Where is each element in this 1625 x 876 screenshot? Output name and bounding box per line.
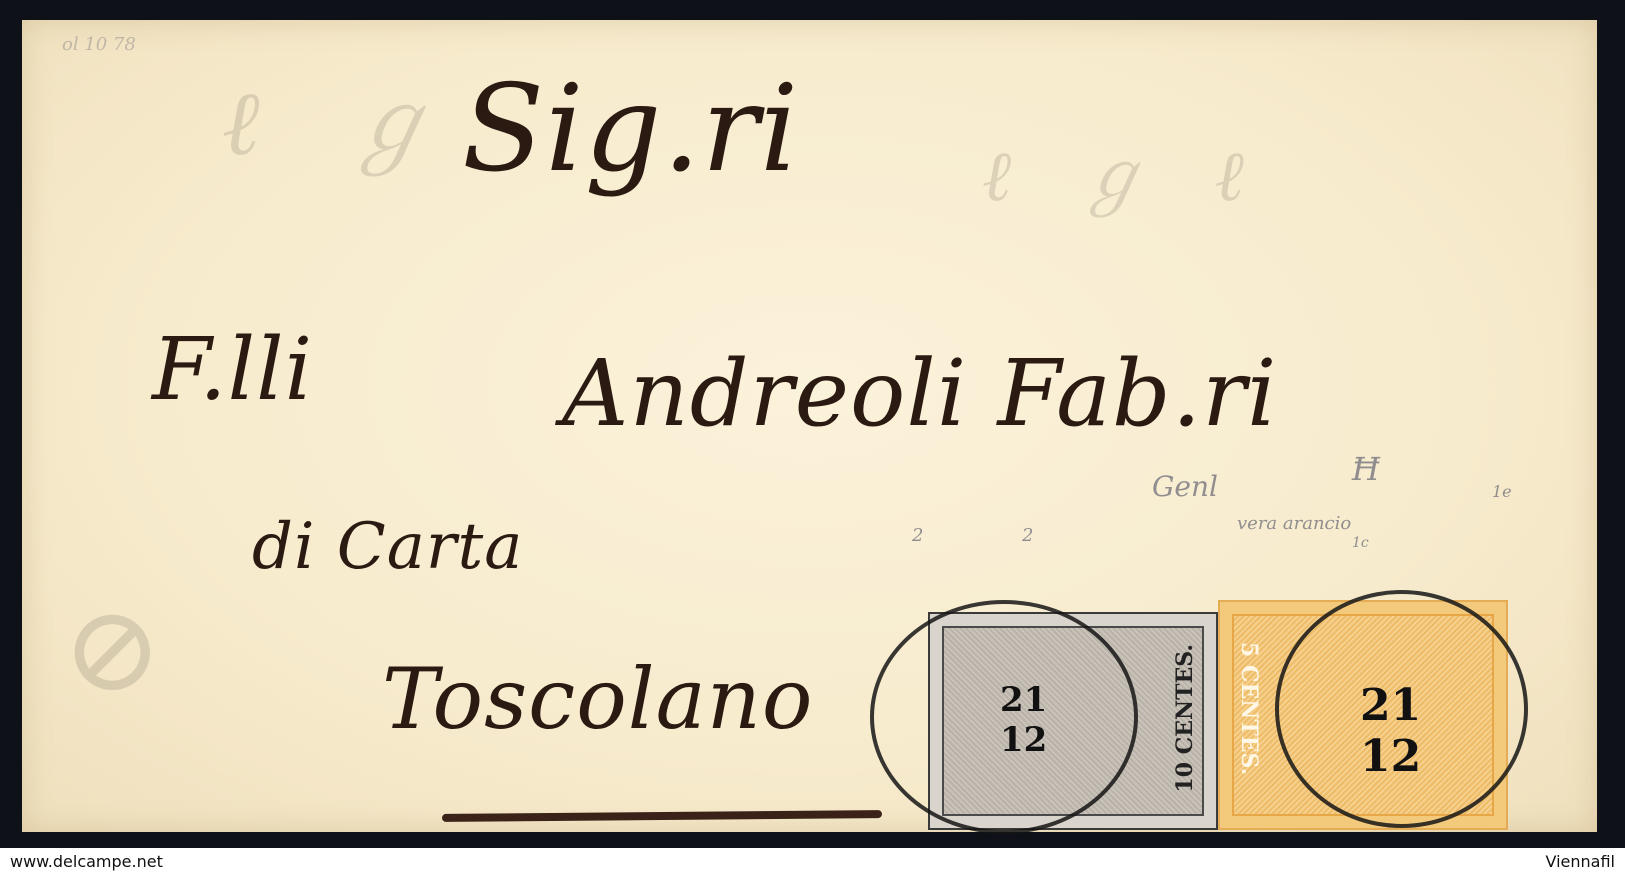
- pencil-note-vera-arancio: vera arancio: [1237, 513, 1351, 534]
- address-line-di-carta: di Carta: [252, 510, 523, 584]
- address-line-toscolano: Toscolano: [382, 650, 813, 748]
- stamp-denomination: 5 CENTES.: [1236, 642, 1262, 775]
- show-through-writing: ℓ ℊ: [222, 50, 435, 180]
- pencil-note-1e: 1e: [1492, 482, 1512, 501]
- postmark-day: 21: [1000, 680, 1047, 720]
- caption-delcampe: www.delcampe.net: [10, 852, 163, 871]
- address-line-flli: F.lli: [152, 320, 313, 420]
- pencil-note-genl: Genl: [1152, 470, 1218, 503]
- pencil-corner-note: ol 10 78: [62, 34, 136, 55]
- postmark-date-1: 21 12: [1000, 680, 1047, 760]
- caption-viennafil: Viennafil: [1546, 852, 1616, 871]
- address-line-sigri: Sig.ri: [462, 60, 799, 199]
- postmark-day: 21: [1360, 680, 1421, 731]
- show-through-writing: ℓ ℊ ℓ: [982, 120, 1244, 221]
- postmark-month: 12: [1360, 731, 1421, 782]
- postmark-month: 12: [1000, 720, 1047, 760]
- show-through-writing: ⊘: [62, 580, 163, 719]
- stamp-denomination: 10 CENTES.: [1172, 644, 1198, 793]
- postmark-date-2: 21 12: [1360, 680, 1421, 782]
- address-line-andreoli: Andreoli Fab.ri: [562, 340, 1277, 447]
- pencil-note-1c: 1c: [1352, 535, 1369, 551]
- pencil-number-2: 2: [1022, 525, 1033, 546]
- pencil-signature: Ħ: [1352, 450, 1380, 488]
- pencil-number-1: 2: [912, 525, 923, 546]
- address-underline: [442, 810, 882, 822]
